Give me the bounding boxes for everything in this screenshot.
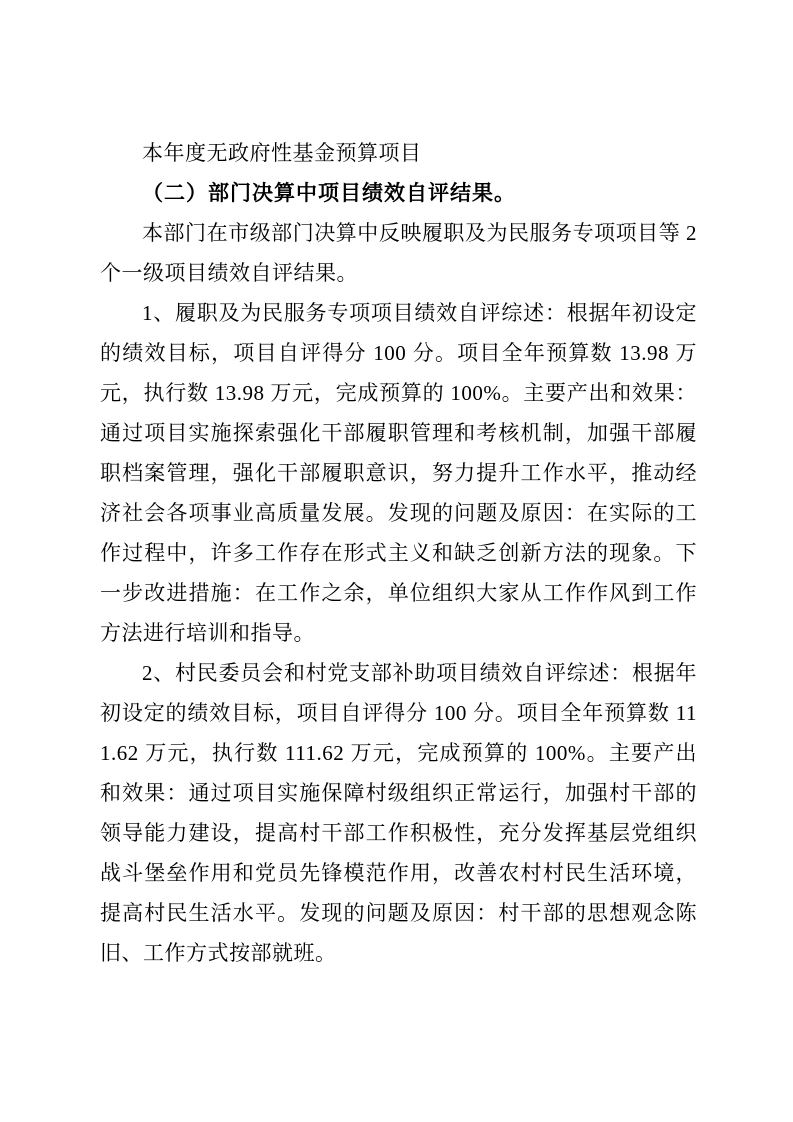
paragraph-project1-duty-service-evaluation: 1、履职及为民服务专项项目绩效自评综述：根据年初设定的绩效目标，项目自评得分 1… — [100, 293, 697, 653]
document-page: 本年度无政府性基金预算项目 （二）部门决算中项目绩效自评结果。 本部门在市级部门… — [0, 0, 793, 1122]
paragraph-self-evaluation-overview: 本部门在市级部门决算中反映履职及为民服务专项项目等 2 个一级项目绩效自评结果。 — [100, 213, 697, 293]
section-heading-project-performance-self-evaluation: （二）部门决算中项目绩效自评结果。 — [100, 173, 697, 213]
document-text-block: 本年度无政府性基金预算项目 （二）部门决算中项目绩效自评结果。 本部门在市级部门… — [100, 133, 697, 973]
paragraph-no-gov-fund-projects: 本年度无政府性基金预算项目 — [100, 133, 697, 173]
paragraph-project2-village-committee-subsidy-evaluation: 2、村民委员会和村党支部补助项目绩效自评综述：根据年初设定的绩效目标，项目自评得… — [100, 653, 697, 973]
